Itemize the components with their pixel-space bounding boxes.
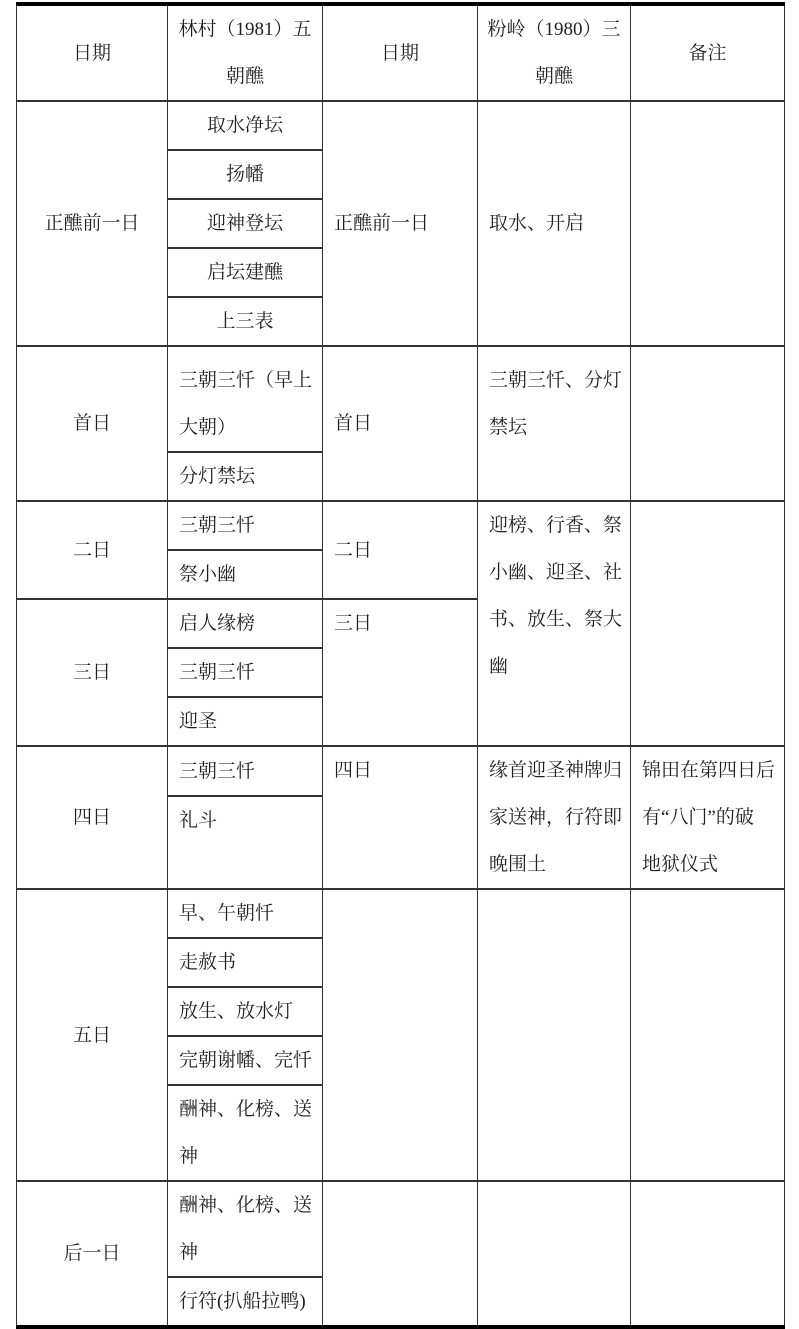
preday-lincun-activity: 取水净坛 — [168, 101, 323, 150]
day2-date-right: 二日 — [323, 501, 478, 599]
day2-3-fenling-activity: 迎榜、行香、祭 小幽、迎圣、社 书、放生、祭大 幽 — [478, 501, 631, 746]
preday-date-right: 正醮前一日 — [323, 101, 478, 346]
day5-date-right — [323, 889, 478, 1181]
day3-date-left: 三日 — [17, 599, 168, 746]
day3-lincun-activity: 迎圣 — [168, 697, 323, 746]
day5-lincun-activity: 早、午朝忏 — [168, 889, 323, 938]
day2-3-note-cell — [631, 501, 785, 746]
day4-date-left: 四日 — [17, 746, 168, 889]
day5-note-cell — [631, 889, 785, 1181]
row-day4-1: 四日 三朝三忏 四日 缘首迎圣神牌归 家送神，行符即 晚围土 锦田在第四日后 有… — [17, 746, 785, 796]
day3-lincun-activity: 启人缘榜 — [168, 599, 323, 648]
afterday-fenling-cell — [478, 1181, 631, 1327]
day4-date-right: 四日 — [323, 746, 478, 889]
preday-date-left: 正醮前一日 — [17, 101, 168, 346]
day1-fenling-activity: 三朝三忏、分灯 禁坛 — [478, 346, 631, 501]
day3-date-right: 三日 — [323, 599, 478, 746]
day2-date-left: 二日 — [17, 501, 168, 599]
day5-lincun-activity: 放生、放水灯 — [168, 987, 323, 1036]
page: 日期 林村（1981）五 朝醮 日期 粉岭（1980）三 朝醮 备注 正醮前一日… — [0, 0, 799, 1329]
day2-lincun-activity: 三朝三忏 — [168, 501, 323, 550]
row-preday-1: 正醮前一日 取水净坛 正醮前一日 取水、开启 — [17, 101, 785, 150]
header-date-left: 日期 — [17, 4, 168, 101]
afterday-date-right — [323, 1181, 478, 1327]
preday-lincun-activity: 上三表 — [168, 297, 323, 346]
day1-note-cell — [631, 346, 785, 501]
day5-fenling-cell — [478, 889, 631, 1181]
preday-lincun-activity: 启坛建醮 — [168, 248, 323, 297]
day5-lincun-activity: 完朝谢幡、完忏 — [168, 1036, 323, 1085]
day4-note-cell: 锦田在第四日后 有“八门”的破 地狱仪式 — [631, 746, 785, 889]
day1-date-right: 首日 — [323, 346, 478, 501]
row-day2-1: 二日 三朝三忏 二日 迎榜、行香、祭 小幽、迎圣、社 书、放生、祭大 幽 — [17, 501, 785, 550]
header-row: 日期 林村（1981）五 朝醮 日期 粉岭（1980）三 朝醮 备注 — [17, 4, 785, 101]
afterday-date-left: 后一日 — [17, 1181, 168, 1327]
day1-lincun-activity: 分灯禁坛 — [168, 452, 323, 501]
day1-lincun-activity: 三朝三忏（早上 大朝） — [168, 346, 323, 452]
preday-lincun-activity: 扬幡 — [168, 150, 323, 199]
day5-lincun-activity: 走赦书 — [168, 938, 323, 987]
afterday-lincun-activity: 行符(扒船拉鸭) — [168, 1277, 323, 1327]
row-day5-1: 五日 早、午朝忏 — [17, 889, 785, 938]
row-afterday-1: 后一日 酬神、化榜、送 神 — [17, 1181, 785, 1277]
day1-date-left: 首日 — [17, 346, 168, 501]
preday-lincun-activity: 迎神登坛 — [168, 199, 323, 248]
jiao-ritual-comparison-table: 日期 林村（1981）五 朝醮 日期 粉岭（1980）三 朝醮 备注 正醮前一日… — [16, 2, 785, 1329]
preday-fenling-activity: 取水、开启 — [478, 101, 631, 346]
afterday-note-cell — [631, 1181, 785, 1327]
day2-lincun-activity: 祭小幽 — [168, 550, 323, 599]
day5-lincun-activity: 酬神、化榜、送 神 — [168, 1085, 323, 1181]
row-day1-1: 首日 三朝三忏（早上 大朝） 首日 三朝三忏、分灯 禁坛 — [17, 346, 785, 452]
preday-note-cell — [631, 101, 785, 346]
header-date-right: 日期 — [323, 4, 478, 101]
header-lincun-1981: 林村（1981）五 朝醮 — [168, 4, 323, 101]
day5-date-left: 五日 — [17, 889, 168, 1181]
header-fenling-1980: 粉岭（1980）三 朝醮 — [478, 4, 631, 101]
day4-lincun-activity: 三朝三忏 — [168, 746, 323, 796]
day4-fenling-activity: 缘首迎圣神牌归 家送神，行符即 晚围土 — [478, 746, 631, 889]
day3-lincun-activity: 三朝三忏 — [168, 648, 323, 697]
afterday-lincun-activity: 酬神、化榜、送 神 — [168, 1181, 323, 1277]
day4-lincun-activity: 礼斗 — [168, 796, 323, 889]
header-note: 备注 — [631, 4, 785, 101]
